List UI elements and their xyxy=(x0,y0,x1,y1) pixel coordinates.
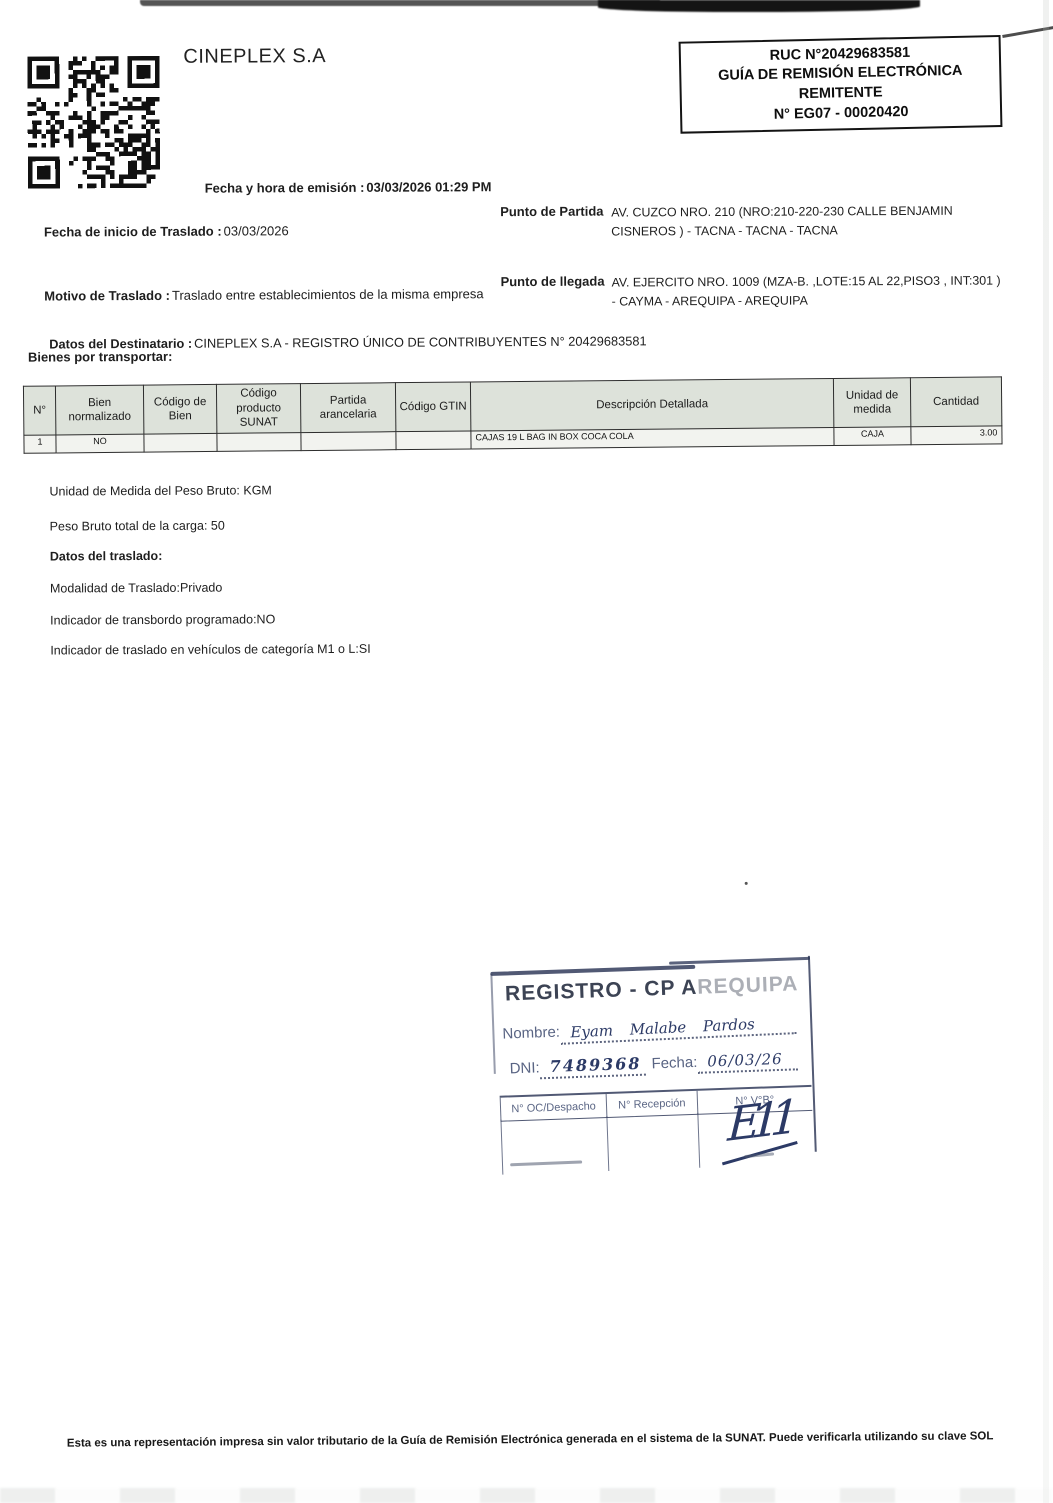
stamp-title-faded: REQUIPA xyxy=(697,972,799,999)
origin-point-value: AV. CUZCO NRO. 210 (NRO:210-220-230 CALL… xyxy=(611,202,969,242)
transfer-start-date-line: Fecha de inicio de Traslado :03/03/2026 xyxy=(22,208,289,254)
transshipment-indicator-label: Indicador de transbordo programado: xyxy=(50,612,256,627)
origin-point-label: Punto de Partida xyxy=(500,204,603,220)
cell-cantidad: 3.00 xyxy=(911,426,1002,445)
stamp-title-main: REGISTRO - CP A xyxy=(505,976,698,1006)
emission-label: Fecha y hora de emisión : xyxy=(205,180,365,196)
vehicle-category-indicator-label: Indicador de traslado en vehículos de ca… xyxy=(50,642,359,658)
gross-weight-unit-value: KGM xyxy=(243,483,272,497)
col-header-partida-arancelaria: Partida arancelaria xyxy=(300,383,395,433)
cell-codigo-sunat xyxy=(217,433,301,452)
stamp-title: REGISTRO - CP AREQUIPA xyxy=(505,972,799,1006)
goods-section-title: Bienes por transportar: xyxy=(28,349,173,365)
stamp-name-label: Nombre: xyxy=(502,1024,560,1043)
stamp-dni-handwritten: 7489368 xyxy=(539,1054,646,1080)
ink-dot-artifact xyxy=(745,882,748,885)
arrival-point-value: AV. EJERCITO NRO. 1009 (MZA-B. ,LOTE:15 … xyxy=(611,271,1003,311)
stamp-top-border xyxy=(490,965,695,976)
transfer-reason-line: Motivo de Traslado :Traslado entre estab… xyxy=(22,271,483,318)
transshipment-indicator-value: NO xyxy=(257,612,276,626)
scanned-document-page: CINEPLEX S.A RUC N°20429683581 GUÍA DE R… xyxy=(0,0,1053,1503)
stamp-cell-recepcion xyxy=(606,1113,698,1171)
reception-stamp: REGISTRO - CP AREQUIPA Nombre: Eyam Mala… xyxy=(490,954,817,1177)
transfer-reason-value: Traslado entre establecimientos de la mi… xyxy=(172,286,484,303)
cell-codigo-gtin xyxy=(396,431,471,450)
document-number-box: RUC N°20429683581 GUÍA DE REMISIÓN ELECT… xyxy=(679,35,1003,134)
col-header-numero: N° xyxy=(23,386,55,435)
gross-weight-unit-label: Unidad de Medida del Peso Bruto: xyxy=(49,483,243,498)
col-header-codigo-sunat: Código producto SUNAT xyxy=(216,384,300,434)
transfer-start-value: 03/03/2026 xyxy=(224,223,289,238)
col-header-unidad-medida: Unidad de medida xyxy=(833,378,910,428)
arrival-point-label: Punto de llegada xyxy=(501,274,605,290)
legal-footer-text: Esta es una representación impresa sin v… xyxy=(4,1430,1053,1450)
stamp-signature: E11 xyxy=(726,1090,791,1152)
gross-weight-total-label: Peso Bruto total de la carga: xyxy=(50,519,211,534)
cell-numero: 1 xyxy=(24,435,56,453)
stamp-name-handwritten: Eyam Malabe Pardos xyxy=(560,1013,797,1045)
stamp-name-row: Nombre: Eyam Malabe Pardos xyxy=(502,1014,797,1045)
transfer-data-label: Datos del traslado: xyxy=(50,549,163,564)
transfer-start-label: Fecha de inicio de Traslado : xyxy=(44,224,222,240)
vehicle-category-indicator-line: Indicador de traslado en vehículos de ca… xyxy=(29,628,370,672)
document-content: CINEPLEX S.A RUC N°20429683581 GUÍA DE R… xyxy=(0,0,1053,1503)
emission-datetime-line: Fecha y hora de emisión :03/03/2026 01:2… xyxy=(183,164,492,211)
col-header-bien-normalizado: Bien normalizado xyxy=(55,385,143,435)
col-header-descripcion: Descripción Detallada xyxy=(470,378,833,430)
company-name: CINEPLEX S.A xyxy=(183,45,326,69)
cell-descripcion: CAJAS 19 L BAG IN BOX COCA COLA xyxy=(471,427,834,448)
col-header-codigo-gtin: Código GTIN xyxy=(395,382,470,432)
cell-partida-arancelaria xyxy=(301,432,396,451)
stamp-top-border-right xyxy=(669,957,810,965)
col-header-codigo-bien: Código de Bien xyxy=(143,384,216,434)
stamp-dni-label: DNI: xyxy=(509,1059,540,1077)
stamp-date-handwritten: 06/03/26 xyxy=(697,1049,798,1073)
consignee-value: CINEPLEX S.A - REGISTRO ÚNICO DE CONTRIB… xyxy=(194,333,647,350)
col-header-cantidad: Cantidad xyxy=(910,377,1001,427)
transfer-reason-label: Motivo de Traslado : xyxy=(44,288,170,304)
emission-value: 03/03/2026 01:29 PM xyxy=(366,179,491,195)
transfer-modality-label: Modalidad de Traslado: xyxy=(50,581,180,596)
transfer-modality-value: Privado xyxy=(180,581,222,595)
stamp-left-border xyxy=(490,974,495,1074)
cell-codigo-bien xyxy=(144,433,217,452)
qr-code-icon xyxy=(26,56,161,189)
cell-bien-normalizado: NO xyxy=(56,434,144,453)
vehicle-category-indicator-value: SI xyxy=(359,642,371,656)
cell-unidad-medida: CAJA xyxy=(834,427,911,446)
gross-weight-total-value: 50 xyxy=(211,519,225,533)
goods-table: N° Bien normalizado Código de Bien Códig… xyxy=(23,376,1003,453)
stamp-dni-row: DNI: 7489368 Fecha: 06/03/26 xyxy=(503,1048,798,1080)
stamp-date-label: Fecha: xyxy=(651,1054,697,1073)
